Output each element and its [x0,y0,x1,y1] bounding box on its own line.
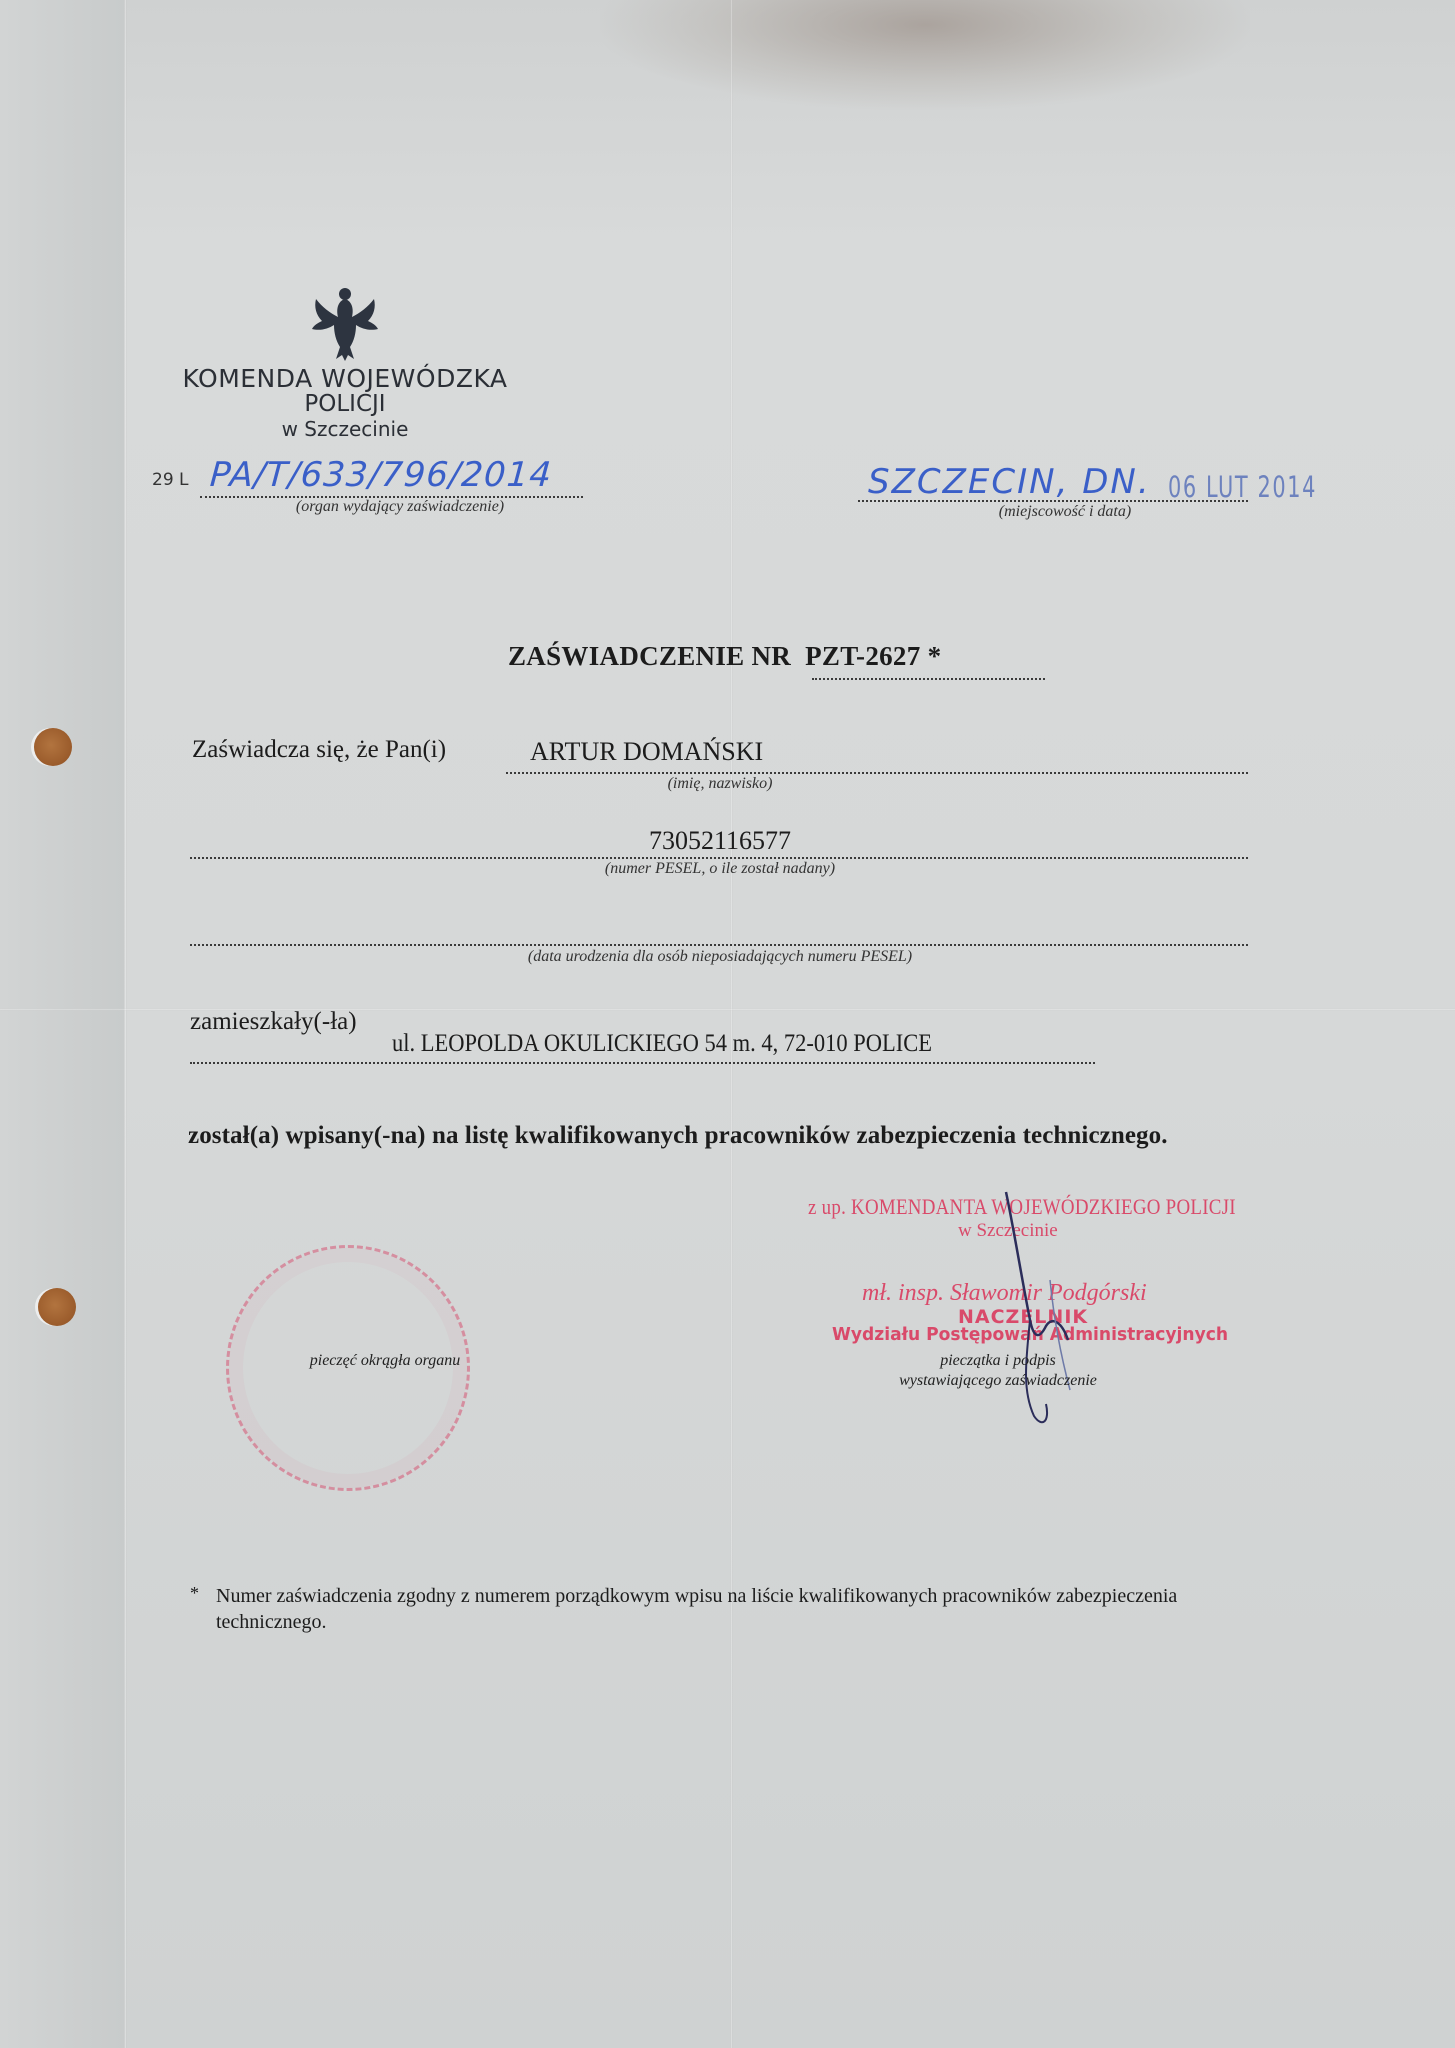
paper-fold-left [124,0,127,2048]
stamp-line-department: Wydziału Postępowań Administracyjnych [832,1324,1228,1345]
address-value: ul. LEOPOLDA OKULICKIEGO 54 m. 4, 72-010… [392,1030,932,1058]
date-stamp: 06 LUT 2014 [1168,470,1317,504]
place-date-field-line [858,500,1248,502]
footnote-marker: * [190,1580,199,1606]
footnote: * Numer zaświadczenia zgodny z numerem p… [190,1583,1270,1635]
reference-number-handwritten: PA/T/633/796/2014 [209,455,554,495]
footnote-text: Numer zaświadczenia zgodny z numerem por… [216,1583,1270,1635]
signature-caption-line2: wystawiającego zaświadczenie [868,1372,1128,1390]
pesel-field-line [190,857,1248,859]
office-name-line3: w Szczecinie [150,416,540,442]
birth-date-field-line [190,944,1248,946]
reference-prefix: 29 L [152,470,189,490]
certificate-statement: został(a) wpisany(-na) na listę kwalifik… [188,1122,1168,1150]
pesel-number: 73052116577 [560,826,880,856]
office-name-line2: POLICJI [150,392,540,416]
birth-date-caption: (data urodzenia dla osób nieposiadającyc… [420,948,1020,966]
pesel-caption: (numer PESEL, o ile został nadany) [520,860,920,878]
certificate-number: PZT-2627 * [805,641,941,671]
round-seal-caption: pieczęć okrągła organu [290,1352,480,1370]
certificate-title: ZAŚWIADCZENIE NRPZT-2627 * [508,641,941,672]
polish-eagle-emblem-icon [308,285,382,363]
camera-shadow [600,0,1250,110]
punch-hole-upper [34,728,72,766]
certificate-number-line [812,678,1045,680]
punch-hole-lower [38,1288,76,1326]
office-name-line1: KOMENDA WOJEWÓDZKA [150,365,540,392]
name-field-line [506,772,1248,774]
signature-caption-line1: pieczątka i podpis [868,1352,1128,1370]
name-caption: (imię, nazwisko) [570,775,870,793]
person-name: ARTUR DOMAŃSKI [530,737,763,767]
paper-fold-vertical [730,0,733,2048]
reference-caption: (organ wydający zaświadczenie) [240,498,560,516]
paper-left-margin [0,0,124,2048]
place-date-caption: (miejscowość i data) [940,503,1190,521]
certificate-title-label: ZAŚWIADCZENIE NR [508,641,791,671]
stamp-line-officer: mł. insp. Sławomir Podgórski [862,1280,1147,1307]
stamp-line-city: w Szczecinie [958,1220,1058,1242]
intro-label: Zaświadcza się, że Pan(i) [192,736,446,764]
place-handwritten: SZCZECIN, DN. [868,462,1151,502]
office-header-stamp: KOMENDA WOJEWÓDZKA POLICJI w Szczecinie [150,285,540,442]
address-label: zamieszkały(-ła) [190,1008,357,1036]
address-field-line [190,1062,1095,1064]
stamp-line-authority: z up. KOMENDANTA WOJEWÓDZKIEGO POLICJI [808,1194,1236,1220]
